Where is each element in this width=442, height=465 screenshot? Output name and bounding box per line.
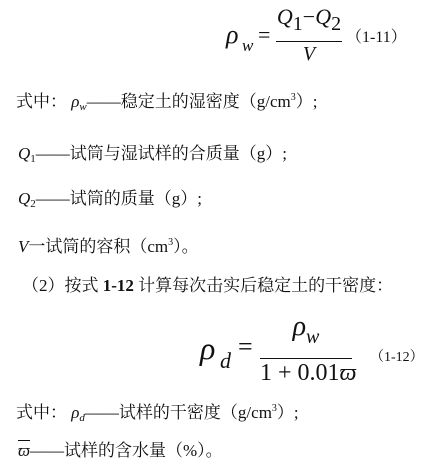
subscript-w: w bbox=[242, 36, 253, 56]
denominator: 1 + 0.01ϖ bbox=[260, 359, 352, 387]
equation-number: （1-11） bbox=[346, 24, 407, 47]
subscript-d: d bbox=[220, 348, 231, 374]
numerator: Q1−Q2 bbox=[276, 4, 342, 37]
fraction: Q1−Q2 V bbox=[276, 4, 342, 66]
definition-water-content: ϖ——试样的含水量（%）。 bbox=[18, 441, 223, 461]
step-2-instruction: （2）按式 1-12 计算每次击实后稳定土的干密度： bbox=[22, 276, 393, 296]
numerator: ρw bbox=[260, 312, 352, 352]
rho-symbol: ρ bbox=[226, 20, 238, 50]
definition-v: V一试筒的容积（cm3）。 bbox=[18, 233, 199, 257]
definition-rho-w: 式中： ρw——稳定土的湿密度（g/cm3）; bbox=[16, 88, 318, 117]
definition-q2: Q2——试筒的质量（g）; bbox=[18, 189, 202, 214]
definition-q1: Q1——试筒与湿试样的合质量（g）; bbox=[18, 144, 287, 169]
fraction: ρw 1 + 0.01ϖ bbox=[260, 312, 352, 387]
rho-symbol: ρ bbox=[200, 330, 215, 367]
denominator: V bbox=[276, 42, 342, 66]
equation-number: （1-12） bbox=[370, 346, 424, 366]
equals-sign: = bbox=[258, 22, 270, 48]
equals-sign: = bbox=[238, 332, 253, 362]
definition-rho-d: 式中： ρd——试样的干密度（g/cm3）; bbox=[16, 399, 299, 428]
